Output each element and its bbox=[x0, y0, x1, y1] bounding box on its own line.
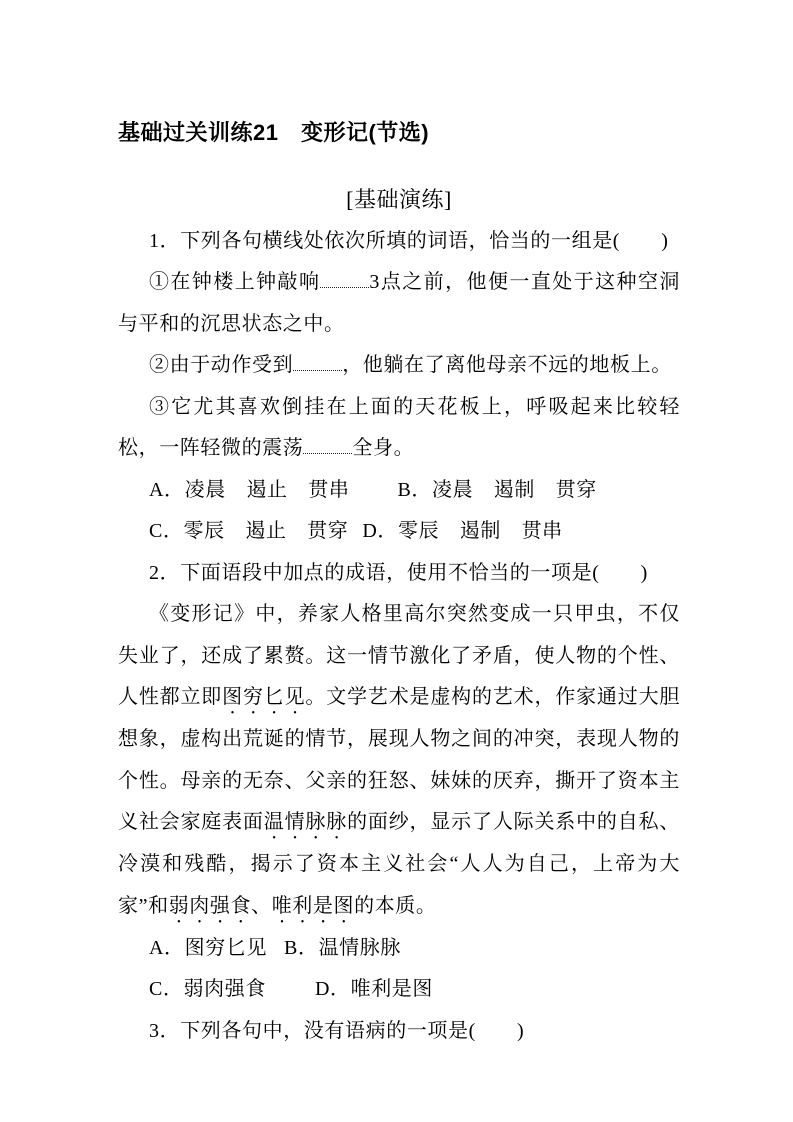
question3-stem: 3．下列各句中，没有语病的一项是( ) bbox=[118, 1011, 680, 1053]
worksheet-page: 基础过关训练21 变形记(节选) [基础演练] 1．下列各句横线处依次所填的词语… bbox=[0, 0, 793, 1122]
emphasized-idiom-3: 弱肉强食 bbox=[169, 895, 251, 917]
question2-options-row-1: A．图穷匕见B．温情脉脉 bbox=[118, 928, 680, 970]
question1-sentence-1: ①在钟楼上钟敲响3点之前，他便一直处于这种空洞与平和的沉思状态之中。 bbox=[118, 262, 680, 345]
option-a: A．图穷匕见 bbox=[149, 937, 267, 959]
question1-sentence-2: ②由于动作受到，他躺在了离他母亲不远的地板上。 bbox=[118, 345, 680, 387]
sentence-2-pre: ②由于动作受到 bbox=[149, 354, 293, 376]
sentence-2-post: ，他躺在了离他母亲不远的地板上。 bbox=[342, 354, 672, 376]
question1-stem: 1．下列各句横线处依次所填的词语，恰当的一组是( ) bbox=[118, 221, 680, 263]
option-c: C．零辰 遏止 贯穿 bbox=[149, 520, 348, 542]
question2-passage: 《变形记》中，养家人格里高尔突然变成一只甲虫，不仅失业了，还成了累赘。这一情节激… bbox=[118, 594, 680, 928]
option-d: D．唯利是图 bbox=[315, 978, 433, 1000]
question1-options-row-2: C．零辰 遏止 贯穿D．零辰 遏制 贯串 bbox=[118, 511, 680, 553]
passage-text: 的本质。 bbox=[354, 895, 436, 917]
option-a: A．凌晨 遏止 贯串 bbox=[149, 479, 349, 501]
question1-options-row-1: A．凌晨 遏止 贯串B．凌晨 遏制 贯穿 bbox=[118, 470, 680, 512]
page-title: 基础过关训练21 变形记(节选) bbox=[118, 120, 680, 146]
option-c: C．弱肉强食 bbox=[149, 978, 266, 1000]
emphasized-idiom-1: 图穷匕见 bbox=[222, 686, 305, 708]
section-header: [基础演练] bbox=[118, 179, 680, 221]
sentence-3-post: 全身。 bbox=[352, 437, 414, 459]
option-d: D．零辰 遏制 贯串 bbox=[362, 520, 562, 542]
emphasized-idiom-4: 唯利是图 bbox=[272, 895, 354, 917]
question1-sentence-3: ③它尤其喜欢倒挂在上面的天花板上，呼吸起来比较轻松，一阵轻微的震荡全身。 bbox=[118, 387, 680, 470]
emphasized-idiom-2: 温情脉脉 bbox=[264, 811, 347, 833]
answer-blank-3 bbox=[303, 451, 352, 454]
sentence-1-pre: ①在钟楼上钟敲响 bbox=[149, 271, 320, 293]
answer-blank-2 bbox=[293, 368, 342, 371]
answer-blank-1 bbox=[320, 285, 369, 288]
option-b: B．温情脉脉 bbox=[284, 937, 401, 959]
question2-stem: 2．下面语段中加点的成语，使用不恰当的一项是( ) bbox=[118, 553, 680, 595]
passage-text: 、 bbox=[251, 895, 272, 917]
option-b: B．凌晨 遏制 贯穿 bbox=[397, 479, 596, 501]
worksheet-content: 基础过关训练21 变形记(节选) [基础演练] 1．下列各句横线处依次所填的词语… bbox=[118, 112, 680, 1052]
question2-options-row-2: C．弱肉强食D．唯利是图 bbox=[118, 969, 680, 1011]
